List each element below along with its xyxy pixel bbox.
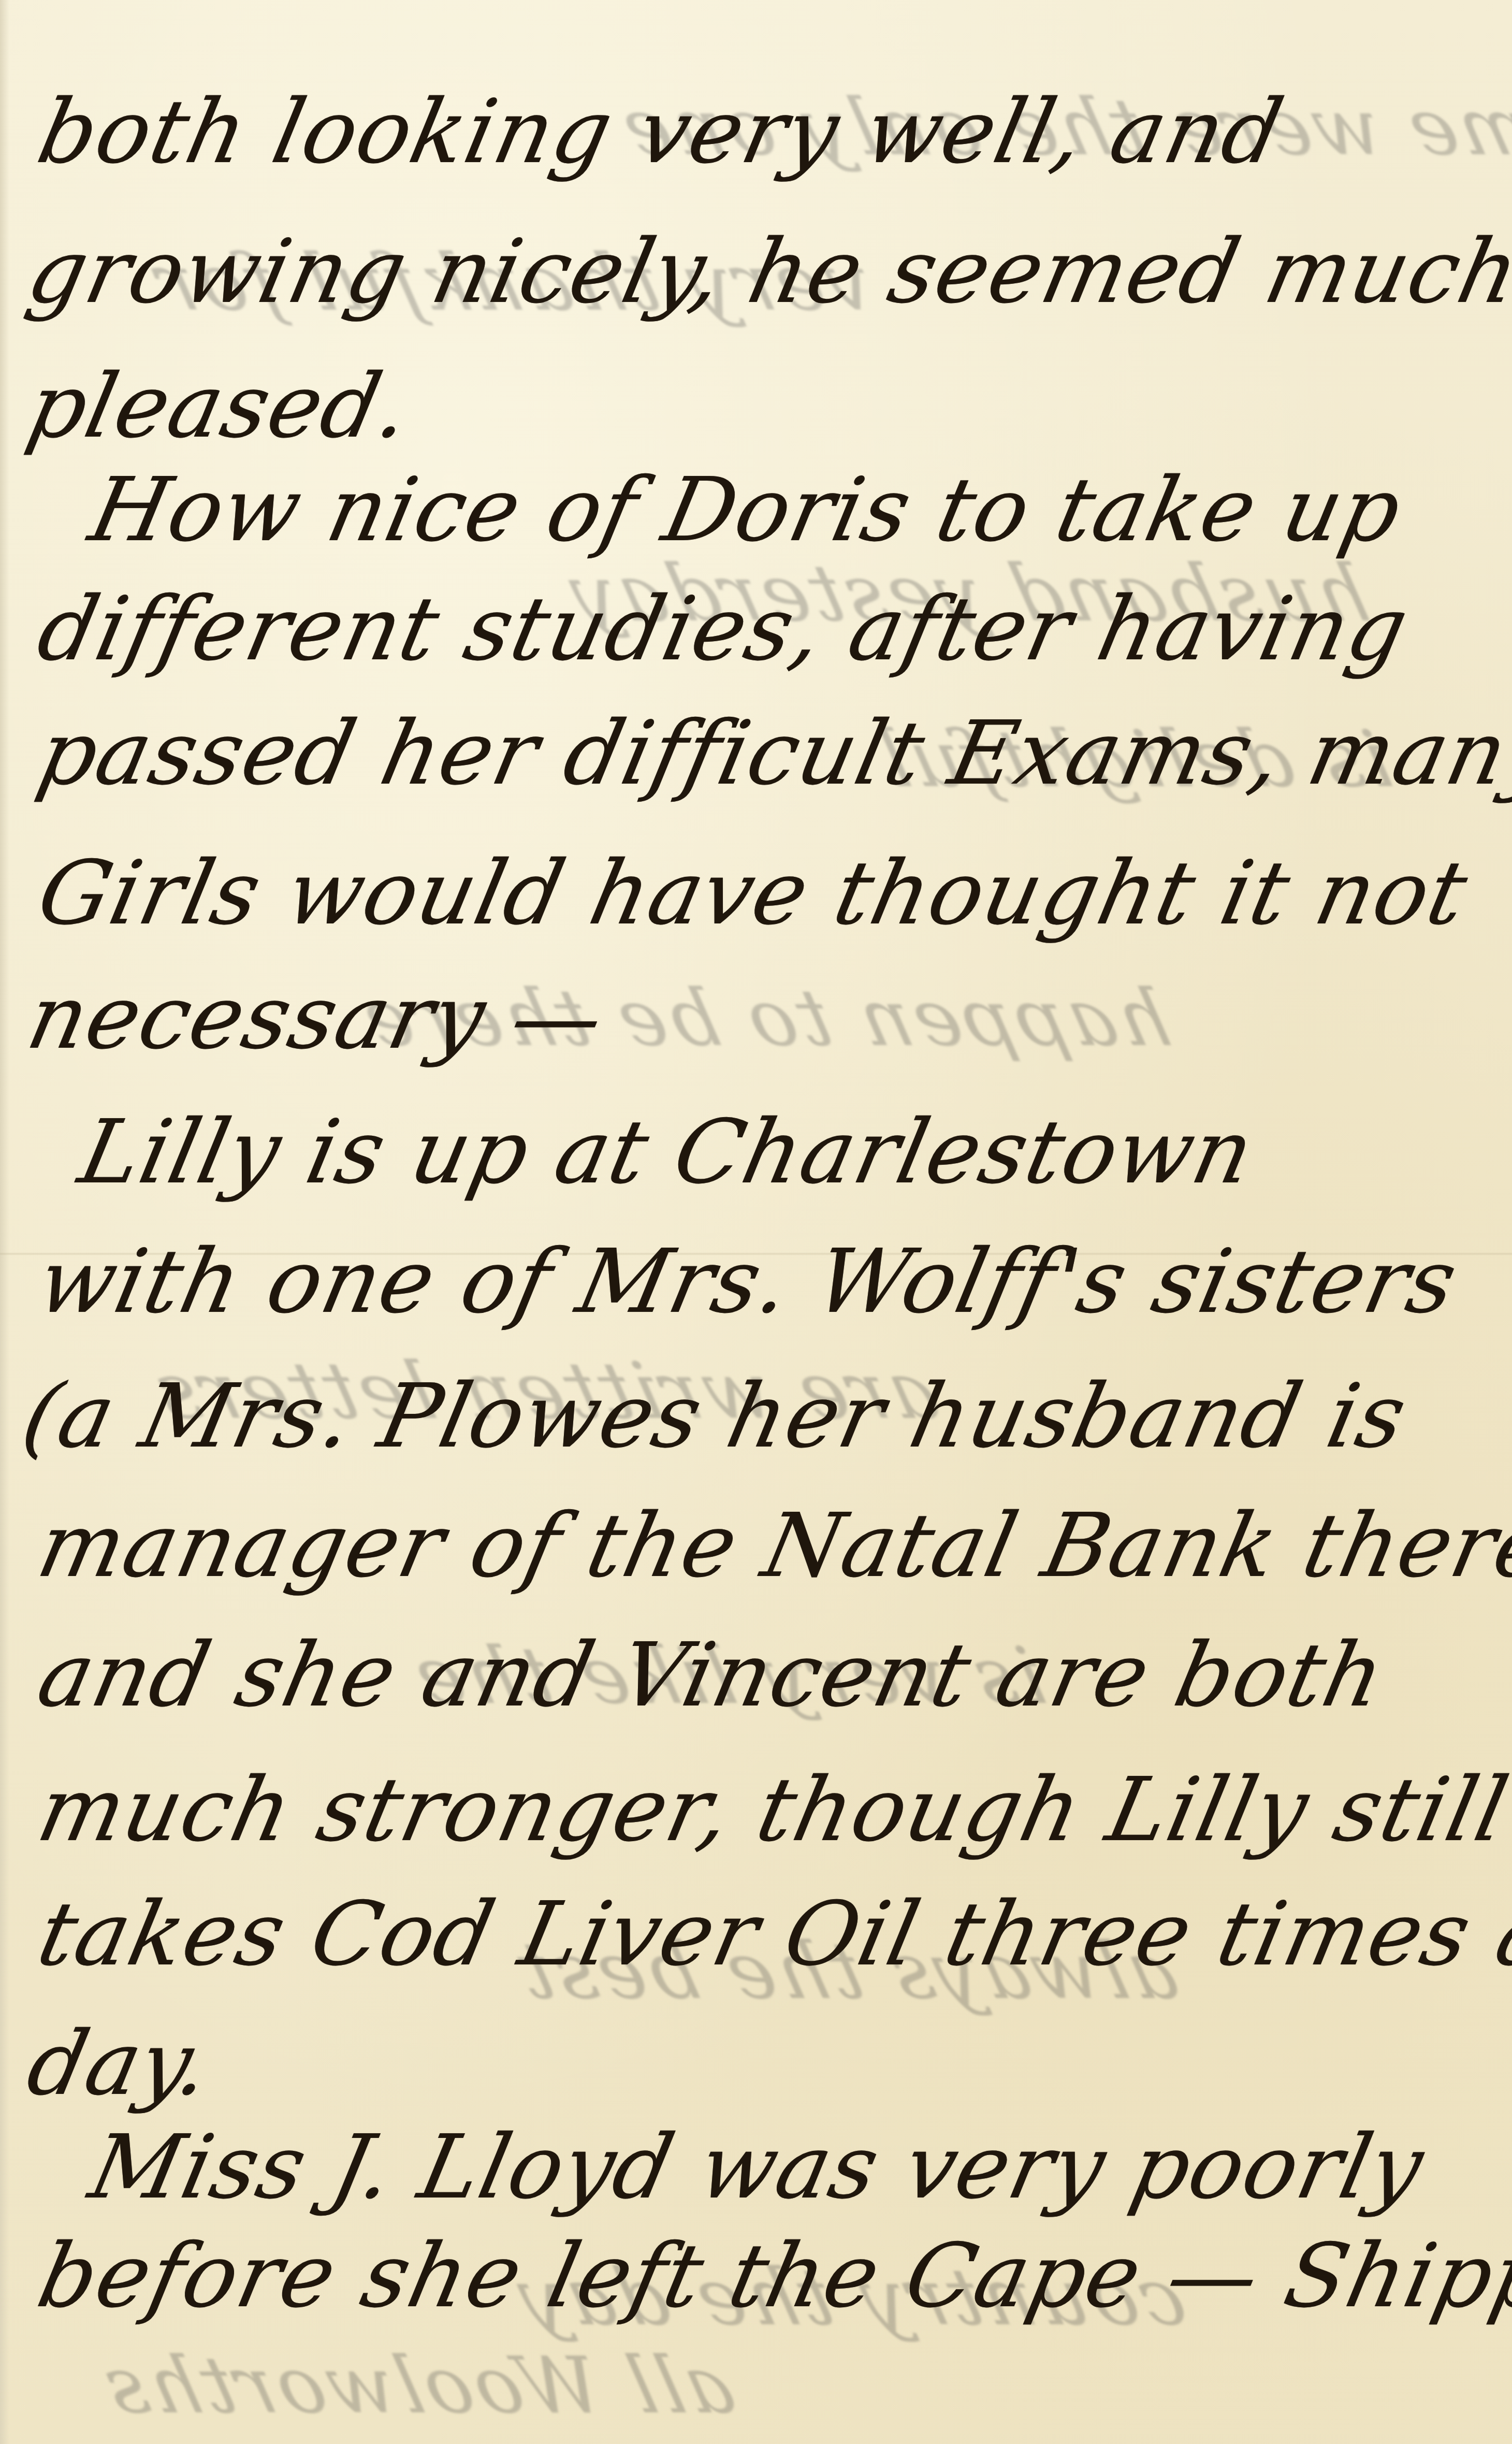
letter-line: day.	[21, 2020, 219, 2108]
letter-line: before she left the Cape — Shipped	[31, 2232, 1512, 2320]
letter-line: Girls would have thought it not	[31, 849, 1475, 937]
letter-line: manager of the Natal Bank there)	[31, 1502, 1512, 1590]
letter-line: passed her difficult Exams, many	[31, 710, 1512, 798]
letter-line: both looking very well, and	[31, 88, 1291, 176]
paper-edge	[0, 0, 9, 2444]
letter-line: necessary —	[21, 974, 612, 1062]
bleed-through-text: all Woolworths	[92, 2341, 743, 2431]
letter-line: different studies, after having	[31, 585, 1416, 673]
letter-line: How nice of Doris to take up	[83, 466, 1409, 554]
letter-line: Lilly is up at Charlestown	[72, 1108, 1261, 1196]
letter-line: much stronger, though Lilly still	[31, 1766, 1512, 1854]
letter-line: takes Cod Liver Oil three times a	[31, 1890, 1512, 1978]
letter-line: pleased.	[21, 363, 418, 451]
letter-line: growing nicely, he seemed much	[21, 228, 1512, 316]
letter-line: Miss J. Lloyd was very poorly	[83, 2123, 1431, 2211]
letter-line: with one of Mrs. Wolff's sisters	[31, 1238, 1464, 1326]
letter-page: some were the only one very thankful for…	[0, 0, 1512, 2444]
letter-line: (a Mrs. Plowes her husband is	[16, 1372, 1414, 1460]
letter-line: and she and Vincent are both	[31, 1631, 1392, 1719]
